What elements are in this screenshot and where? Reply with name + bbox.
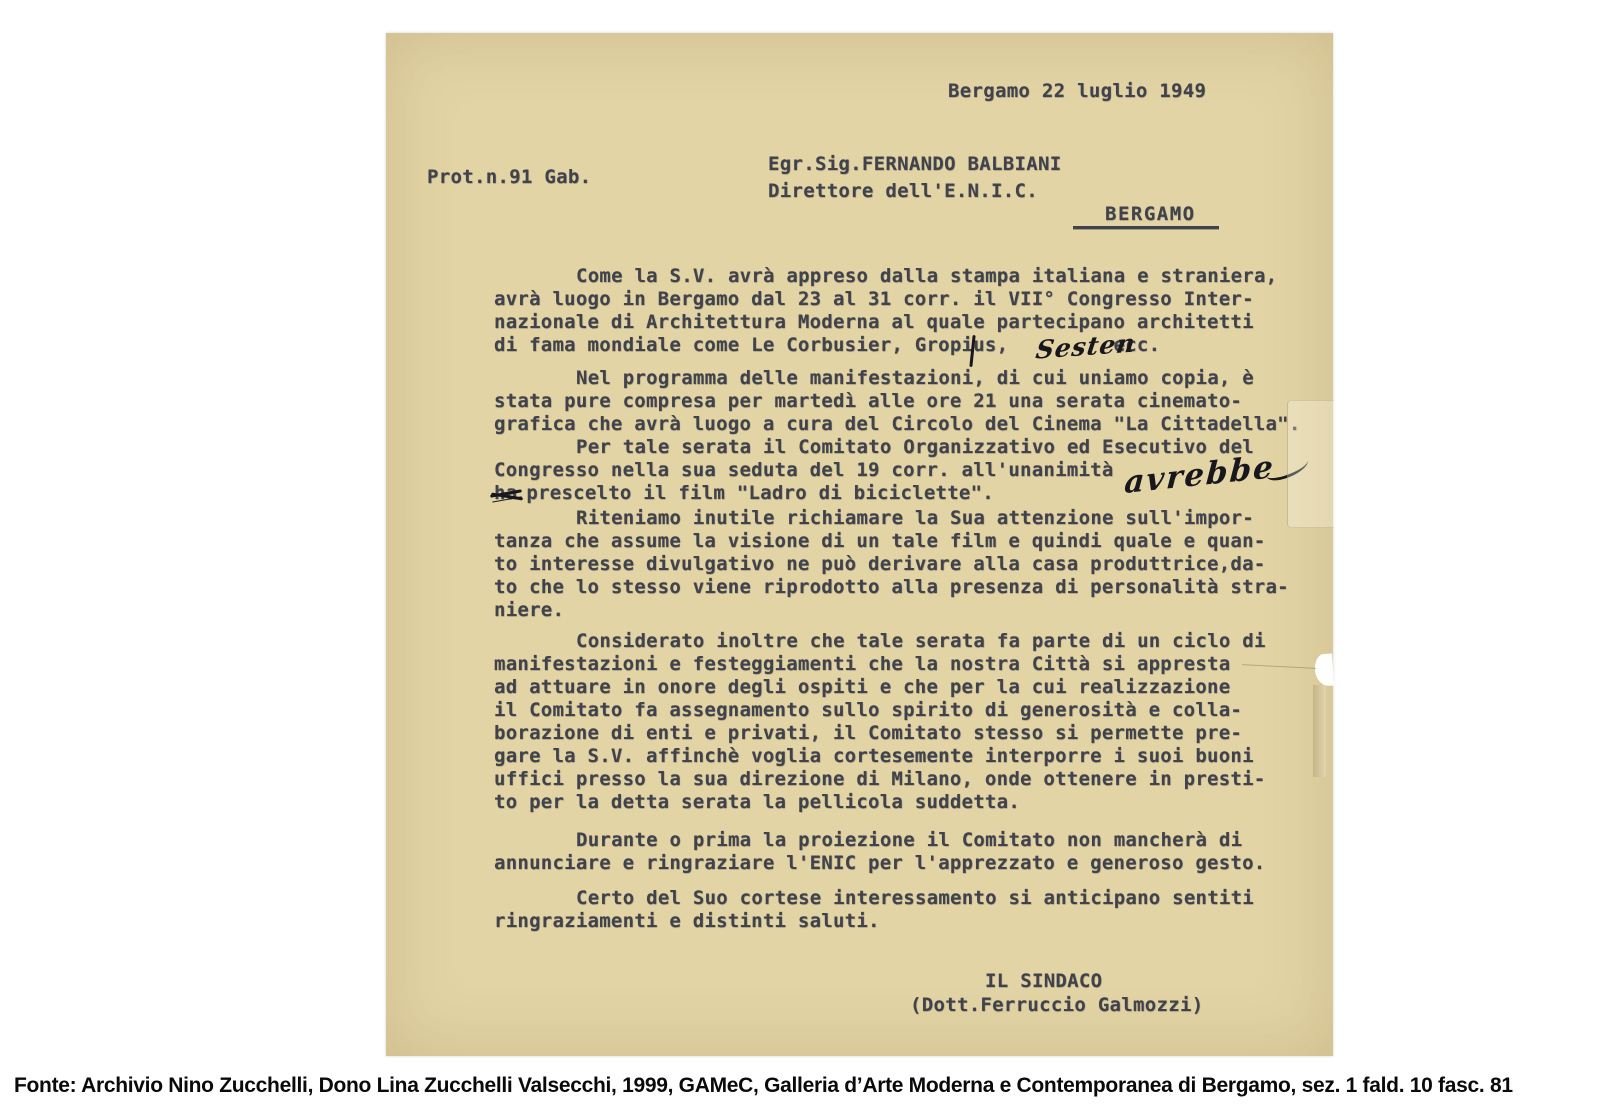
paragraph: Nel programma delle manifestazioni, di c… (494, 367, 1294, 436)
letter-date: Bergamo 22 luglio 1949 (948, 80, 1206, 102)
body-line: to che lo stesso viene riprodotto alla p… (494, 576, 1294, 599)
body-line: stata pure compresa per martedì alle ore… (494, 390, 1294, 413)
letter-body: Come la S.V. avrà appreso dalla stampa i… (494, 265, 1294, 933)
body-line: il Comitato fa assegnamento sullo spirit… (494, 699, 1294, 722)
body-line: to per la detta serata la pellicola sudd… (494, 791, 1294, 814)
body-line-text: prescelto il film "Ladro di biciclette". (526, 482, 994, 504)
city-underline (1073, 226, 1219, 229)
recipient-name: Egr.Sig.FERNANDO BALBIANI (768, 151, 1061, 178)
letter-document: Bergamo 22 luglio 1949 Prot.n.91 Gab. Eg… (386, 33, 1333, 1056)
source-caption: Fonte: Archivio Nino Zucchelli, Dono Lin… (14, 1074, 1594, 1098)
paper-tear (1314, 654, 1334, 687)
body-line: avrà luogo in Bergamo dal 23 al 31 corr.… (494, 288, 1294, 311)
body-line: borazione di enti e privati, il Comitato… (494, 722, 1294, 745)
body-line: annunciare e ringraziare l'ENIC per l'ap… (494, 852, 1294, 875)
body-line: nazionale di Architettura Moderna al qua… (494, 311, 1294, 334)
paragraph: Durante o prima la proiezione il Comitat… (494, 829, 1294, 875)
paper-crease (1313, 685, 1326, 777)
paragraph: Considerato inoltre che tale serata fa p… (494, 630, 1294, 814)
body-line: grafica che avrà luogo a cura del Circol… (494, 413, 1294, 436)
body-line: to interesse divulgativo ne può derivare… (494, 553, 1294, 576)
paragraph: Riteniamo inutile richiamare la Sua atte… (494, 507, 1294, 622)
body-line: Certo del Suo cortese interessamento si … (494, 887, 1294, 910)
body-line: Nel programma delle manifestazioni, di c… (494, 367, 1294, 390)
protocol-number: Prot.n.91 Gab. (427, 166, 591, 188)
body-line: Per tale serata il Comitato Organizzativ… (494, 436, 1294, 459)
body-line: manifestazioni e festeggiamenti che la n… (494, 653, 1294, 676)
recipient-title: Direttore dell'E.N.I.C. (768, 178, 1061, 205)
recipient-city: BERGAMO (1105, 203, 1196, 225)
body-line: tanza che assume la visione di un tale f… (494, 530, 1294, 553)
signature-title: IL SINDACO (985, 970, 1102, 992)
scan-page: Bergamo 22 luglio 1949 Prot.n.91 Gab. Eg… (0, 0, 1600, 1108)
body-line: ringraziamenti e distinti saluti. (494, 910, 1294, 933)
body-line: Come la S.V. avrà appreso dalla stampa i… (494, 265, 1294, 288)
paragraph: Certo del Suo cortese interessamento si … (494, 887, 1294, 933)
tape-mark (1287, 400, 1334, 528)
body-line: di fama mondiale come Le Corbusier, Grop… (494, 334, 1294, 357)
body-line: niere. (494, 599, 1294, 622)
body-line: Durante o prima la proiezione il Comitat… (494, 829, 1294, 852)
body-line: gare la S.V. affinchè voglia cortesement… (494, 745, 1294, 768)
body-line: Considerato inoltre che tale serata fa p… (494, 630, 1294, 653)
signature-name: (Dott.Ferruccio Galmozzi) (910, 994, 1203, 1016)
paragraph: Come la S.V. avrà appreso dalla stampa i… (494, 265, 1294, 357)
body-line: Riteniamo inutile richiamare la Sua atte… (494, 507, 1294, 530)
body-line: ad attuare in onore degli ospiti e che p… (494, 676, 1294, 699)
body-line: uffici presso la sua direzione di Milano… (494, 768, 1294, 791)
struck-typed-word: ha (494, 482, 517, 505)
recipient-block: Egr.Sig.FERNANDO BALBIANI Direttore dell… (768, 151, 1061, 205)
